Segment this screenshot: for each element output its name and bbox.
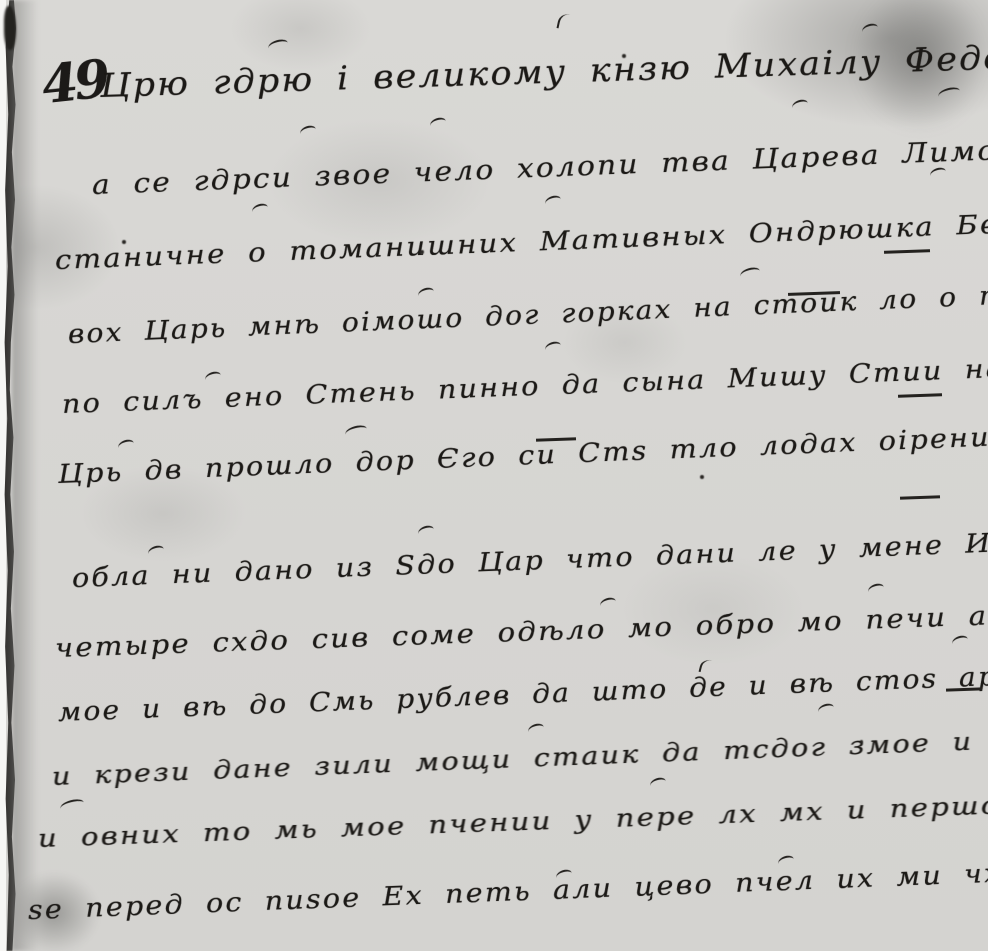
ink-dot-icon [622,54,626,58]
manuscript-scan: 49 Црю гдрю і великому кнзю Михаілу Федо… [0,0,988,951]
left-edge-shadow [12,0,38,951]
ink-dot-icon [420,250,424,254]
ink-dot-icon [122,240,126,244]
ink-dot-icon [700,475,704,479]
top-left-ink-blob [4,6,16,50]
folio-number: 49 [39,49,109,116]
ink-dot-icon [860,740,863,743]
